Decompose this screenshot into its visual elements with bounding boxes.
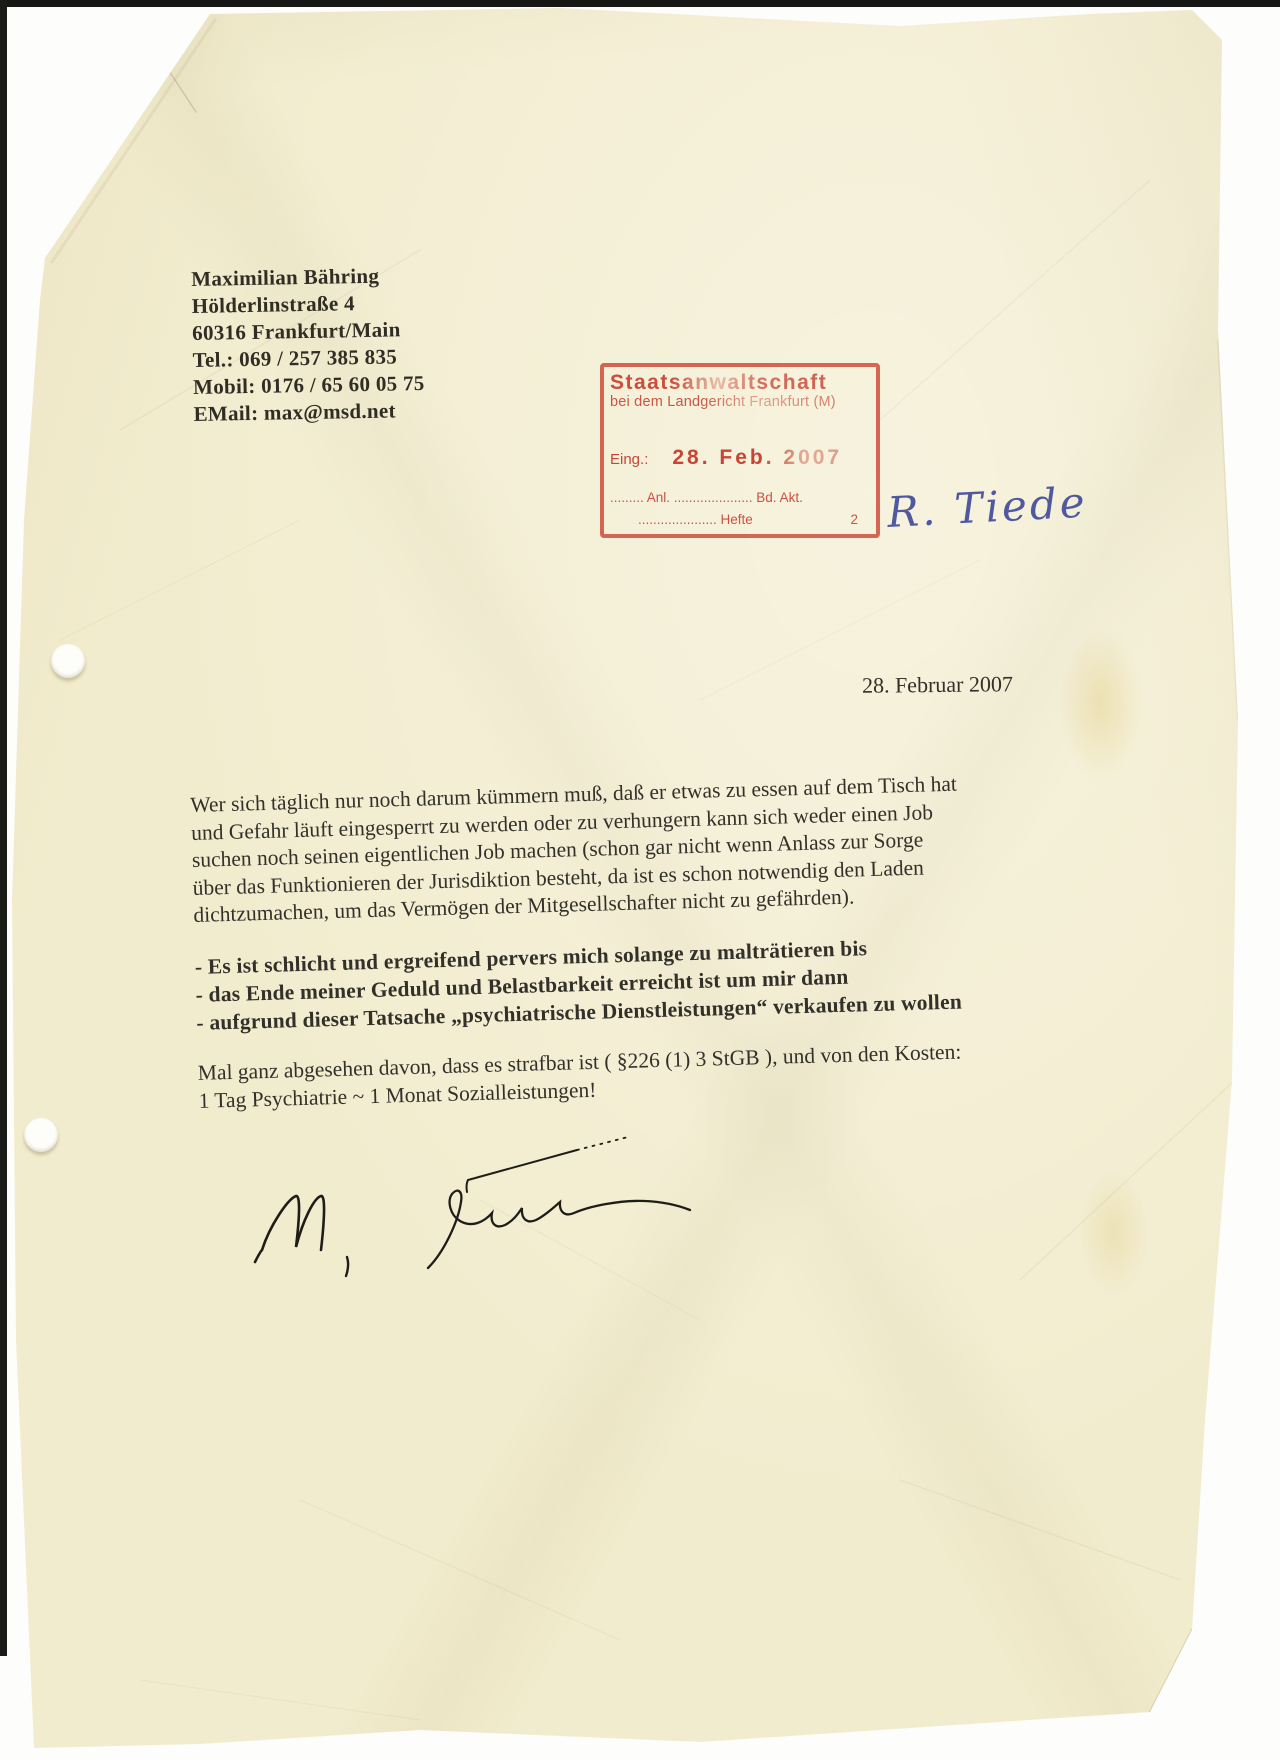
sender-name: Maximilian Bähring	[191, 262, 423, 293]
sender-address-block: Maximilian Bähring Hölderlinstraße 4 603…	[191, 262, 425, 428]
letter-body: Wer sich täglich nur noch darum kümmern …	[190, 764, 1184, 1114]
sender-street: Hölderlinstraße 4	[191, 289, 423, 320]
stamp-received-label: Eing.:	[610, 451, 648, 468]
scanner-edge-left	[0, 0, 7, 1656]
stamp-authority-name: Staatsanwaltschaft	[610, 372, 868, 394]
stamp-authority-location: bei dem Landgericht Frankfurt (M)	[610, 394, 868, 410]
sender-city: 60316 Frankfurt/Main	[192, 316, 424, 347]
paragraph-main: Wer sich täglich nur noch darum kümmern …	[190, 764, 1178, 929]
stamp-hefte-count: 2	[850, 512, 858, 527]
bullet-list: - Es ist schlicht und ergreifend pervers…	[194, 925, 1181, 1036]
sender-mobile: Mobil: 0176 / 65 60 05 75	[193, 370, 425, 401]
handwritten-signature	[200, 1100, 720, 1300]
handwritten-annotation: R. Tiede	[886, 478, 1089, 537]
paper-sheet: Maximilian Bähring Hölderlinstraße 4 603…	[0, 0, 1280, 1760]
received-stamp: Staatsanwaltschaft bei dem Landgericht F…	[600, 363, 880, 538]
stamp-hefte-label: ..................... Hefte	[638, 512, 753, 527]
letter-date: 28. Februar 2007	[862, 671, 1013, 699]
stamp-hefte-row: ..................... Hefte 2	[610, 512, 868, 527]
punch-hole-top	[51, 644, 85, 678]
stamp-anl-line: ......... Anl. ..................... Bd.…	[610, 490, 868, 505]
stamp-received-row: Eing.: 28. Feb. 2007	[610, 446, 868, 470]
scanned-letter-page: Maximilian Bähring Hölderlinstraße 4 603…	[0, 0, 1280, 1760]
scanner-edge-top	[0, 0, 1280, 7]
stamp-received-date: 28. Feb. 2007	[672, 446, 842, 470]
punch-hole-bottom	[24, 1118, 58, 1152]
sender-phone: Tel.: 069 / 257 385 835	[192, 343, 424, 374]
sender-email: EMail: max@msd.net	[193, 397, 425, 428]
